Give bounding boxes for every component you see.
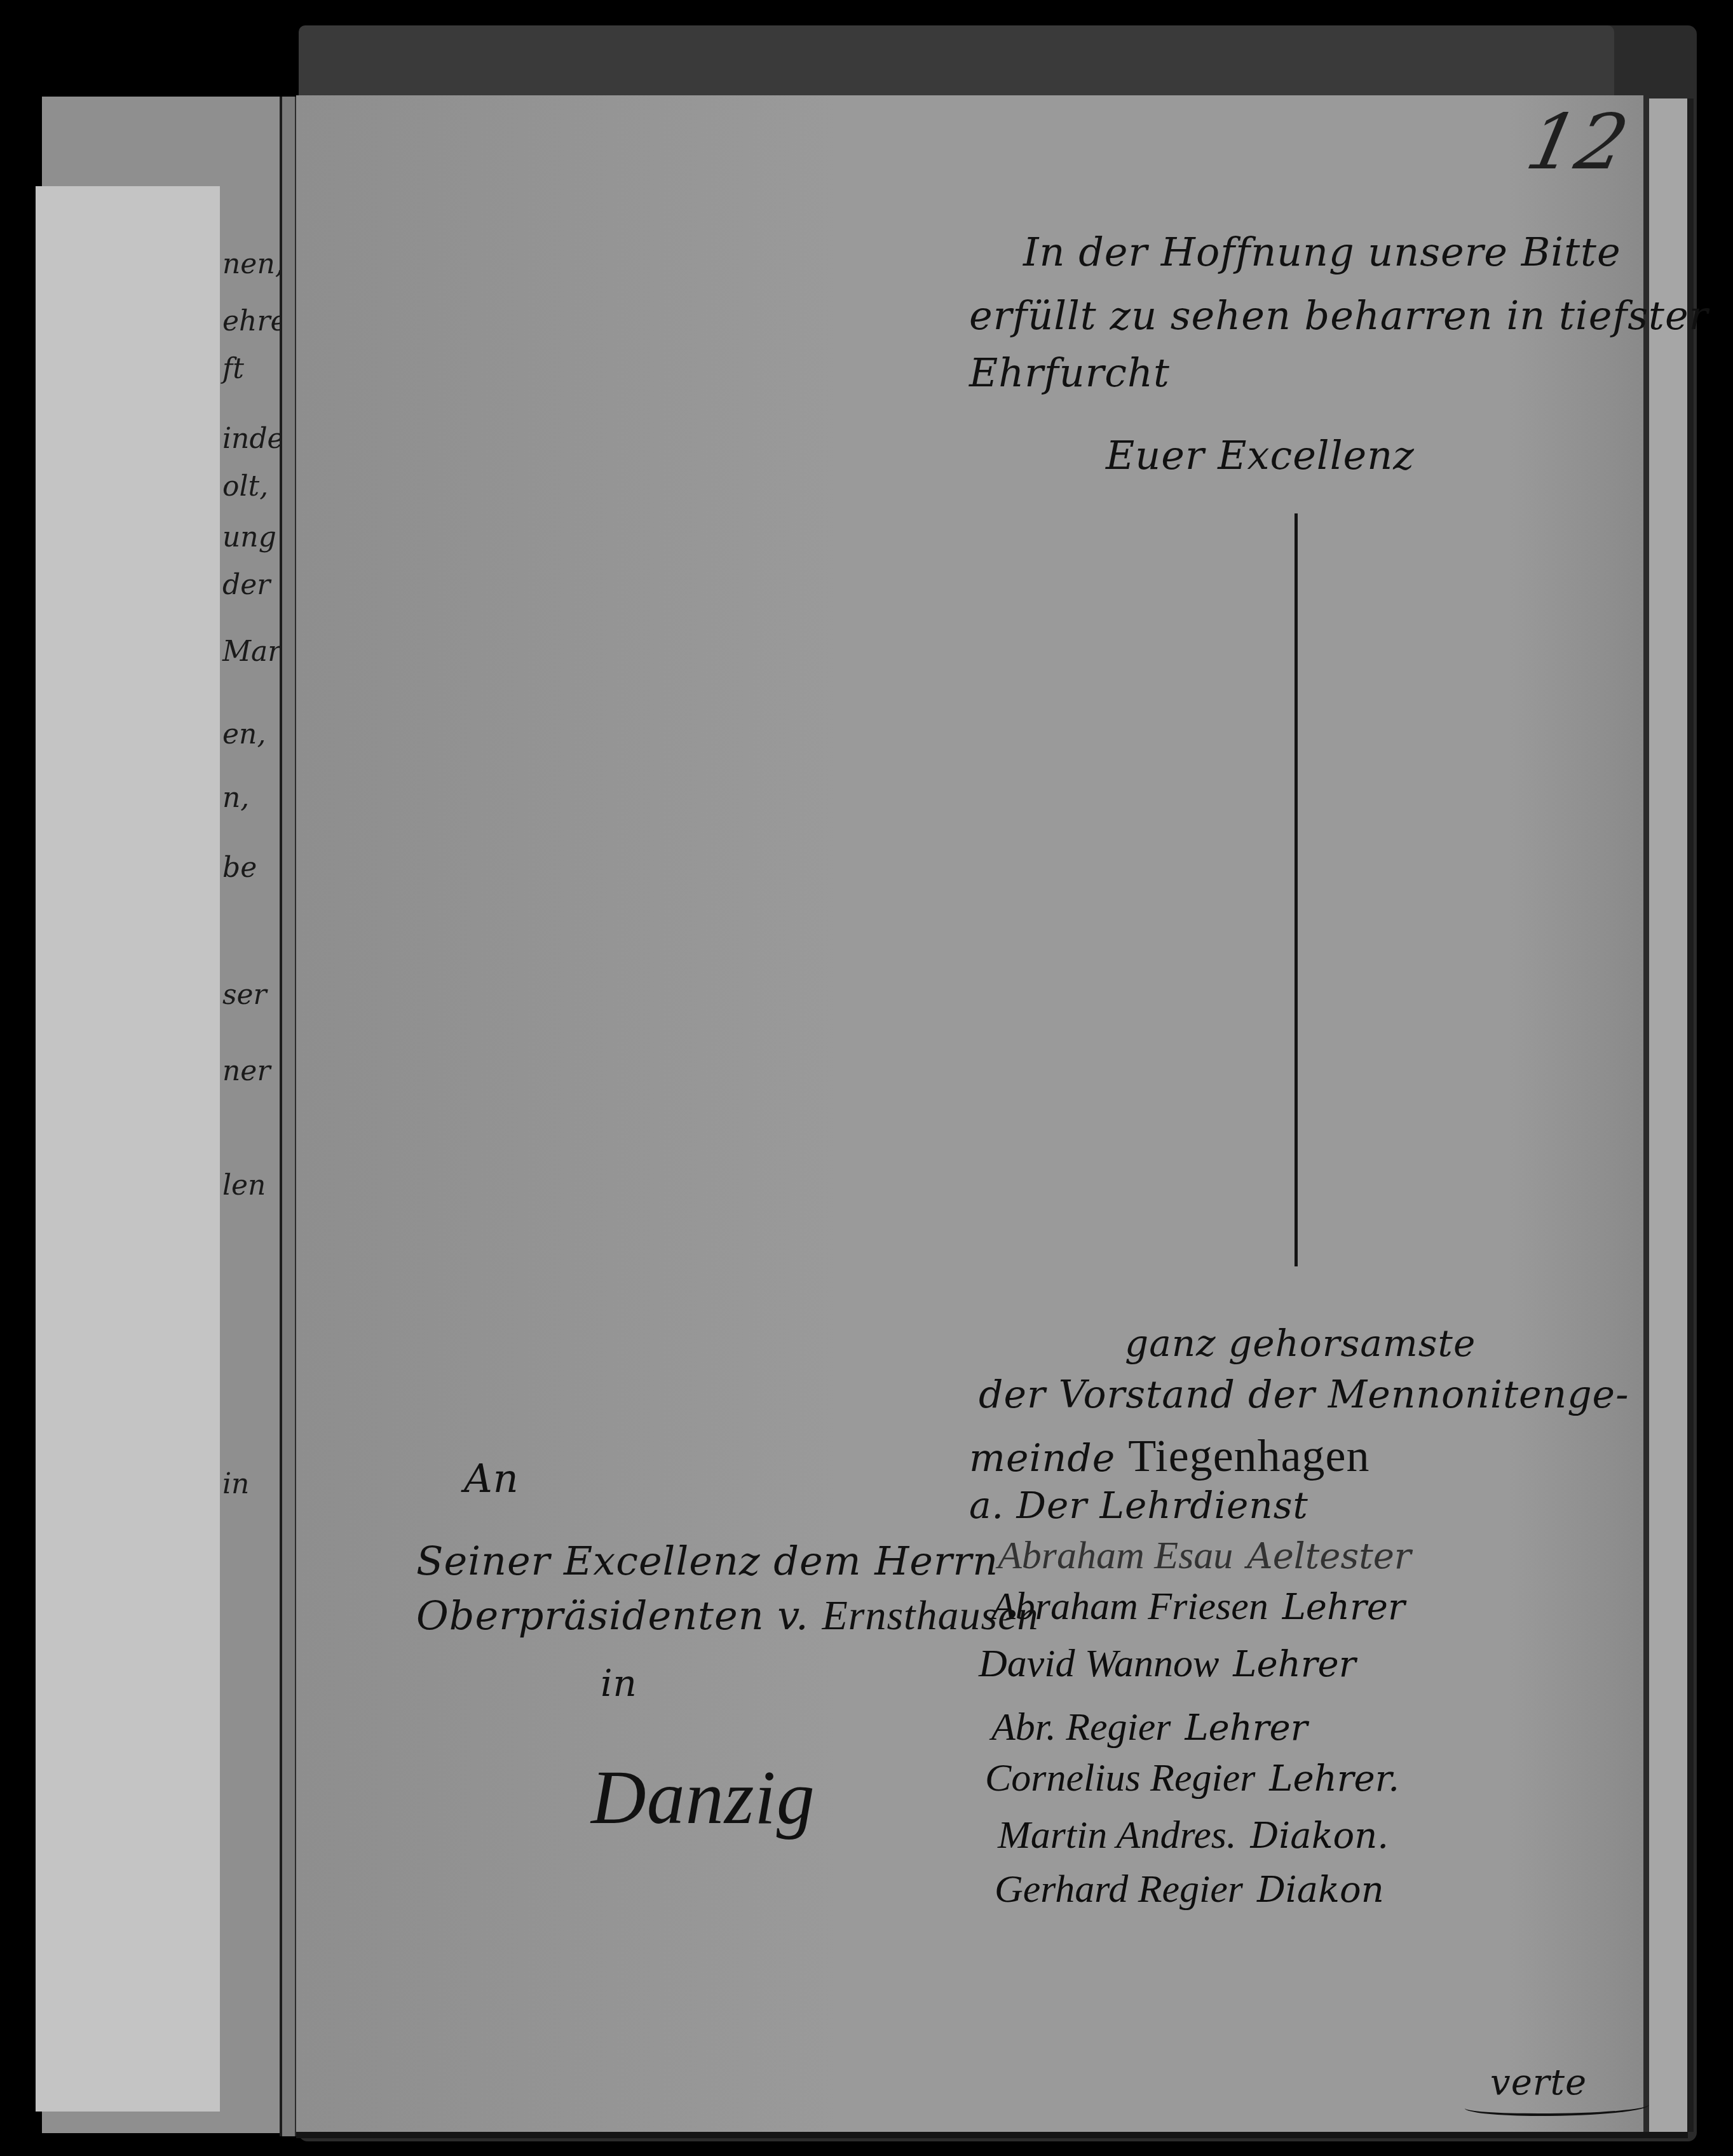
right-page-edge [1649,98,1694,2132]
signer-role: Lehrer [1233,1644,1356,1685]
address-line-2: Oberpräsidenten v. Ernsthausen [416,1592,1038,1640]
board-line-2: meinde Tiegenhagen [969,1430,1370,1482]
margin-fragment: n, [222,782,249,814]
document-page [296,95,1643,2134]
signer-role: Diakon. [1250,1815,1389,1857]
section-a-heading: a. Der Lehrdienst [969,1484,1308,1527]
signer-row: Martin Andres.Diakon. [998,1811,1389,1858]
signer-name: Abr. Regier [991,1705,1171,1749]
bottom-page-edge [296,2132,1688,2138]
torn-top-edge [299,25,1614,95]
signer-name: Cornelius Regier [985,1756,1255,1800]
signer-role: Lehrer [1282,1587,1405,1628]
margin-fragment: der [222,569,270,601]
signer-role: Lehrer. [1269,1758,1399,1800]
address-preposition: An [464,1455,519,1502]
margin-fragment: ft [222,353,244,385]
address-city: Danzig [591,1754,815,1841]
margin-fragment: ung [222,521,276,553]
paper-slip-overlay [36,186,220,2112]
address-in: in [601,1662,637,1705]
margin-fragment: be [222,851,257,884]
signer-row: Gerhard RegierDiakon [995,1865,1384,1912]
signer-name: David Wannow [979,1642,1219,1685]
folio-number: 12 [1519,98,1636,187]
margin-fragment: olt, [222,470,268,503]
board-line-1: der Vorstand der Mennonitenge- [979,1373,1629,1417]
signer-row: Abraham EsauAeltester [998,1531,1411,1578]
closing-line-1: In der Hoffnung unsere Bitte [1023,229,1621,275]
signer-row: Abr. RegierLehrer [991,1703,1307,1750]
signer-name: Martin Andres. [998,1814,1236,1857]
vertical-rule [1295,513,1298,1266]
margin-fragment: ner [222,1055,270,1087]
margin-fragment: en, [222,718,266,750]
signer-row: Cornelius RegierLehrer. [985,1754,1399,1801]
recipient-name: Ernsthausen [822,1592,1038,1639]
signer-role: Diakon [1257,1869,1384,1911]
address-line-1: Seiner Excellenz dem Herrn [416,1538,998,1584]
margin-fragment: nen, [222,248,284,280]
signer-row: Abraham FriesenLehrer [991,1582,1405,1629]
signer-name: Gerhard Regier [995,1868,1243,1911]
signer-role: Aeltester [1247,1536,1411,1577]
signer-role: Lehrer [1185,1707,1307,1749]
margin-fragment: ser [222,979,267,1011]
margin-fragment: len [222,1169,266,1202]
binding-gutter [280,97,297,2136]
respect-line: ganz gehorsamste [1125,1322,1476,1365]
signer-row: David WannowLehrer [979,1639,1356,1686]
congregation-place: Tiegenhagen [1128,1430,1369,1481]
closing-line-2: erfüllt zu sehen beharren in tiefster [969,292,1708,339]
signer-name: Abraham Esau [998,1534,1233,1577]
salutation: Euer Excellenz [1106,432,1415,478]
closing-line-3: Ehrfurcht [969,349,1170,396]
margin-fragment: in [222,1468,249,1500]
address-title: Oberpräsidenten v. [416,1592,822,1639]
board-line-2-prefix: meinde [969,1436,1128,1481]
